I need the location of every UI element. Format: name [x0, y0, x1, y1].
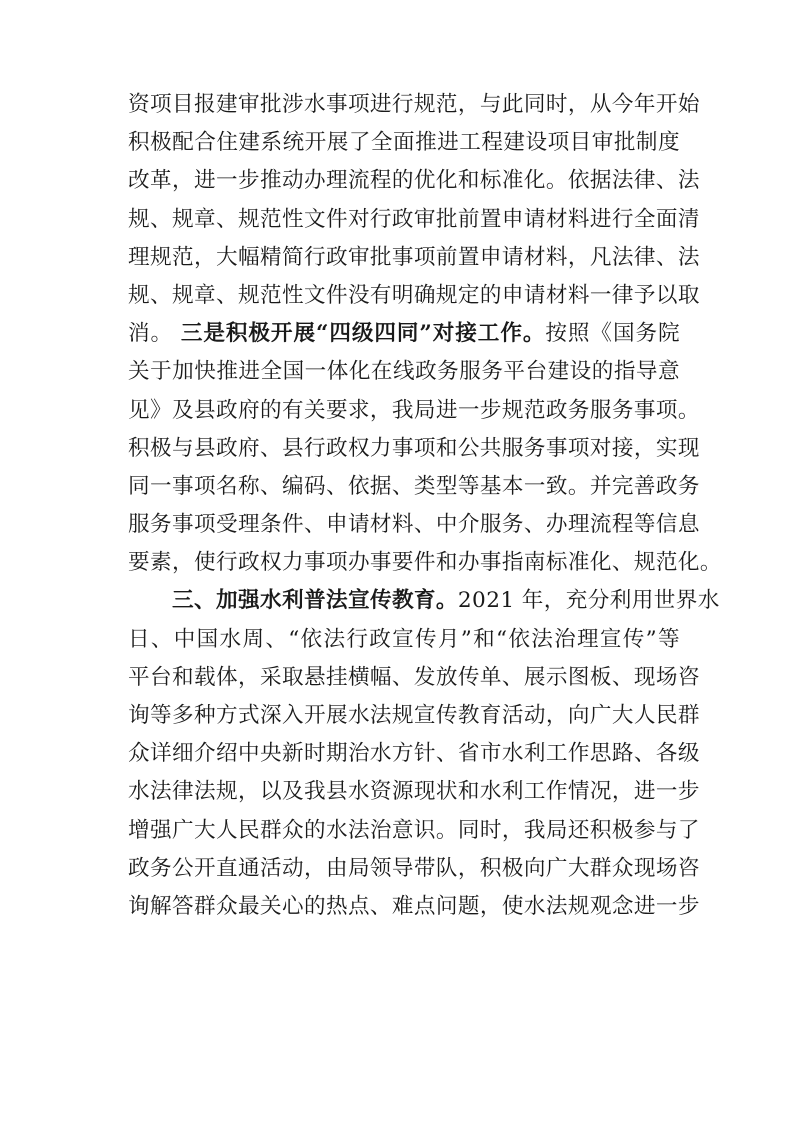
text-run: 积极与县政府、县行政权力事项和公共服务事项对接，实现 — [128, 436, 700, 461]
text-run: 询等多种方式深入开展水法规宣传教育活动，向广大人民群 — [128, 703, 700, 728]
text-run: 积极配合住建系统开展了全面推进工程建设项目审批制度 — [128, 130, 680, 155]
text-line: 众详细介绍中央新时期治水方针、省市水利工作思路、各级 — [128, 735, 680, 773]
text-run: 改革，进一步推动办理流程的优化和标准化。依据法律、法 — [128, 168, 700, 193]
text-run: 要素，使行政权力事项办事要件和办事指南标准化、规范化。 — [128, 550, 722, 575]
text-line: 规、规章、规范性文件对行政审批前置申请材料进行全面清 — [128, 201, 680, 239]
text-line: 规、规章、规范性文件没有明确规定的申请材料一律予以取 — [128, 277, 680, 315]
text-line: 积极与县政府、县行政权力事项和公共服务事项对接，实现 — [128, 430, 680, 468]
section-heading: 三、加强水利普法宣传教育。 — [172, 588, 458, 613]
text-run: 众详细介绍中央新时期治水方针、省市水利工作思路、各级 — [128, 741, 700, 766]
text-line: 水法律法规，以及我县水资源现状和水利工作情况，进一步 — [128, 773, 680, 811]
text-run: 理规范，大幅精简行政审批事项前置申请材料，凡法律、法 — [128, 245, 700, 270]
text-run: 按照《国务院 — [545, 321, 680, 346]
section-heading-line: 三、加强水利普法宣传教育。2021 年，充分利用世界水 — [128, 582, 680, 620]
text-run: 政务公开直通活动，由局领导带队，积极向广大群众现场咨 — [128, 856, 700, 881]
text-run: 服务事项受理条件、申请材料、中介服务、办理流程等信息 — [128, 512, 700, 537]
text-line: 改革，进一步推动办理流程的优化和标准化。依据法律、法 — [128, 162, 680, 200]
text-line: 询解答群众最关心的热点、难点问题，使水法规观念进一步 — [128, 888, 680, 926]
text-run: 日、中国水周、“依法行政宣传月”和“依法治理宣传”等 — [128, 627, 680, 652]
text-run: 关于加快推进全国一体化在线政务服务平台建设的指导意 — [128, 359, 680, 384]
text-run: 规、规章、规范性文件对行政审批前置申请材料进行全面清 — [128, 207, 700, 232]
text-line: 服务事项受理条件、申请材料、中介服务、办理流程等信息 — [128, 506, 680, 544]
text-line: 要素，使行政权力事项办事要件和办事指南标准化、规范化。 — [128, 544, 680, 582]
text-run: 询解答群众最关心的热点、难点问题，使水法规观念进一步 — [128, 894, 700, 919]
text-run: 见》及县政府的有关要求，我局进一步规范政务服务事项。 — [128, 398, 700, 423]
text-line: 关于加快推进全国一体化在线政务服务平台建设的指导意 — [128, 353, 680, 391]
text-line: 同一事项名称、编码、依据、类型等基本一致。并完善政务 — [128, 468, 680, 506]
text-line: 日、中国水周、“依法行政宣传月”和“依法治理宣传”等 — [128, 621, 680, 659]
text-line: 积极配合住建系统开展了全面推进工程建设项目审批制度 — [128, 124, 680, 162]
text-line: 询等多种方式深入开展水法规宣传教育活动，向广大人民群 — [128, 697, 680, 735]
text-run: 增强广大人民群众的水法治意识。同时，我局还积极参与了 — [128, 818, 700, 843]
text-line: 平台和载体，采取悬挂横幅、发放传单、展示图板、现场咨 — [128, 659, 680, 697]
document-page: 资项目报建审批涉水事项进行规范，与此同时，从今年开始 积极配合住建系统开展了全面… — [128, 86, 680, 926]
text-run: 资项目报建审批涉水事项进行规范，与此同时，从今年开始 — [128, 92, 700, 117]
text-run: 平台和载体，采取悬挂横幅、发放传单、展示图板、现场咨 — [128, 665, 700, 690]
text-line: 理规范，大幅精简行政审批事项前置申请材料，凡法律、法 — [128, 239, 680, 277]
text-line: 资项目报建审批涉水事项进行规范，与此同时，从今年开始 — [128, 86, 680, 124]
text-run: 2021 年，充分利用世界水 — [458, 588, 720, 613]
subheading-text: 三是积极开展“四级四同”对接工作。 — [181, 321, 546, 346]
text-run: 规、规章、规范性文件没有明确规定的申请材料一律予以取 — [128, 283, 700, 308]
text-line: 见》及县政府的有关要求，我局进一步规范政务服务事项。 — [128, 392, 680, 430]
text-line: 消。 三是积极开展“四级四同”对接工作。按照《国务院 — [128, 315, 680, 353]
text-run: 水法律法规，以及我县水资源现状和水利工作情况，进一步 — [128, 779, 700, 804]
text-line: 政务公开直通活动，由局领导带队，积极向广大群众现场咨 — [128, 850, 680, 888]
text-line: 增强广大人民群众的水法治意识。同时，我局还积极参与了 — [128, 812, 680, 850]
text-run: 消。 — [128, 321, 181, 346]
text-run: 同一事项名称、编码、依据、类型等基本一致。并完善政务 — [128, 474, 700, 499]
